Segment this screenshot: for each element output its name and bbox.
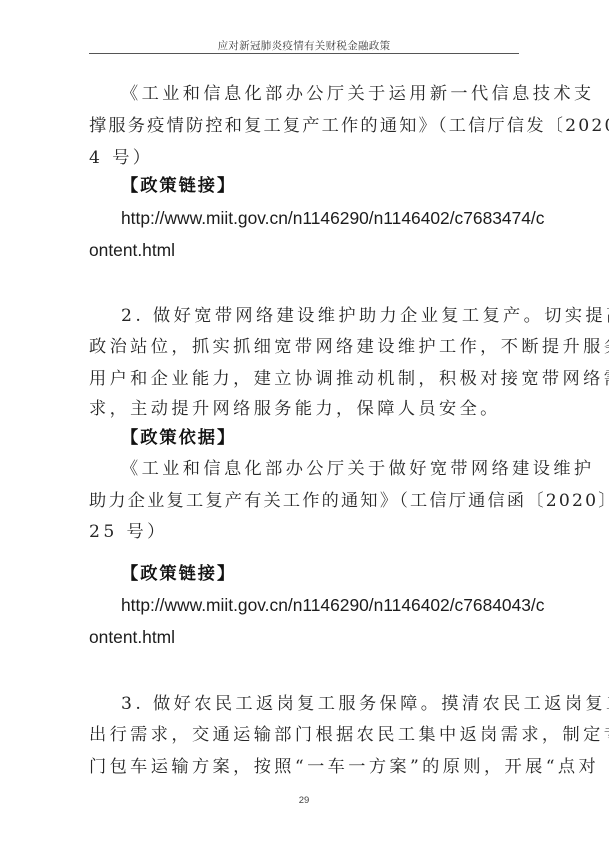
running-header: 应对新冠肺炎疫情有关财税金融政策	[89, 38, 519, 54]
section-2-paragraph-line: 求，主动提升网络服务能力，保障人员安全。	[89, 397, 521, 421]
policy-basis-line: 《工业和信息化部办公厅关于运用新一代信息技术支	[121, 82, 521, 106]
section-2-paragraph-line: 政治站位，抓实抓细宽带网络建设维护工作，不断提升服务	[89, 335, 521, 359]
policy-basis-line: 4 号）	[89, 146, 521, 170]
policy-link-url-continued[interactable]: ontent.html	[89, 238, 521, 262]
policy-link-heading: 【政策链接】	[121, 174, 521, 198]
section-3-paragraph-line: 3. 做好农民工返岗复工服务保障。摸清农民工返岗复工	[121, 692, 521, 716]
section-3-paragraph-line: 门包车运输方案，按照“一车一方案”的原则，开展“点对	[89, 755, 521, 779]
header-divider	[89, 53, 519, 54]
policy-link-url-continued[interactable]: ontent.html	[89, 625, 521, 649]
section-3-paragraph-line: 出行需求，交通运输部门根据农民工集中返岗需求，制定专	[89, 723, 521, 747]
policy-link-url[interactable]: http://www.miit.gov.cn/n1146290/n1146402…	[121, 206, 521, 230]
page-number: 29	[289, 795, 319, 806]
policy-basis-line: 撑服务疫情防控和复工复产工作的通知》（工信厅信发〔2020〕	[89, 114, 521, 138]
policy-basis-line: 25 号）	[89, 520, 521, 544]
policy-basis-heading: 【政策依据】	[121, 426, 521, 450]
policy-basis-line: 《工业和信息化部办公厅关于做好宽带网络建设维护	[121, 457, 521, 481]
section-2-paragraph-line: 2. 做好宽带网络建设维护助力企业复工复产。切实提高	[121, 304, 521, 328]
section-2-paragraph-line: 用户和企业能力，建立协调推动机制，积极对接宽带网络需	[89, 367, 521, 391]
policy-link-url[interactable]: http://www.miit.gov.cn/n1146290/n1146402…	[121, 593, 521, 617]
policy-link-heading: 【政策链接】	[121, 562, 521, 586]
policy-basis-line: 助力企业复工复产有关工作的通知》（工信厅通信函〔2020〕	[89, 489, 521, 513]
